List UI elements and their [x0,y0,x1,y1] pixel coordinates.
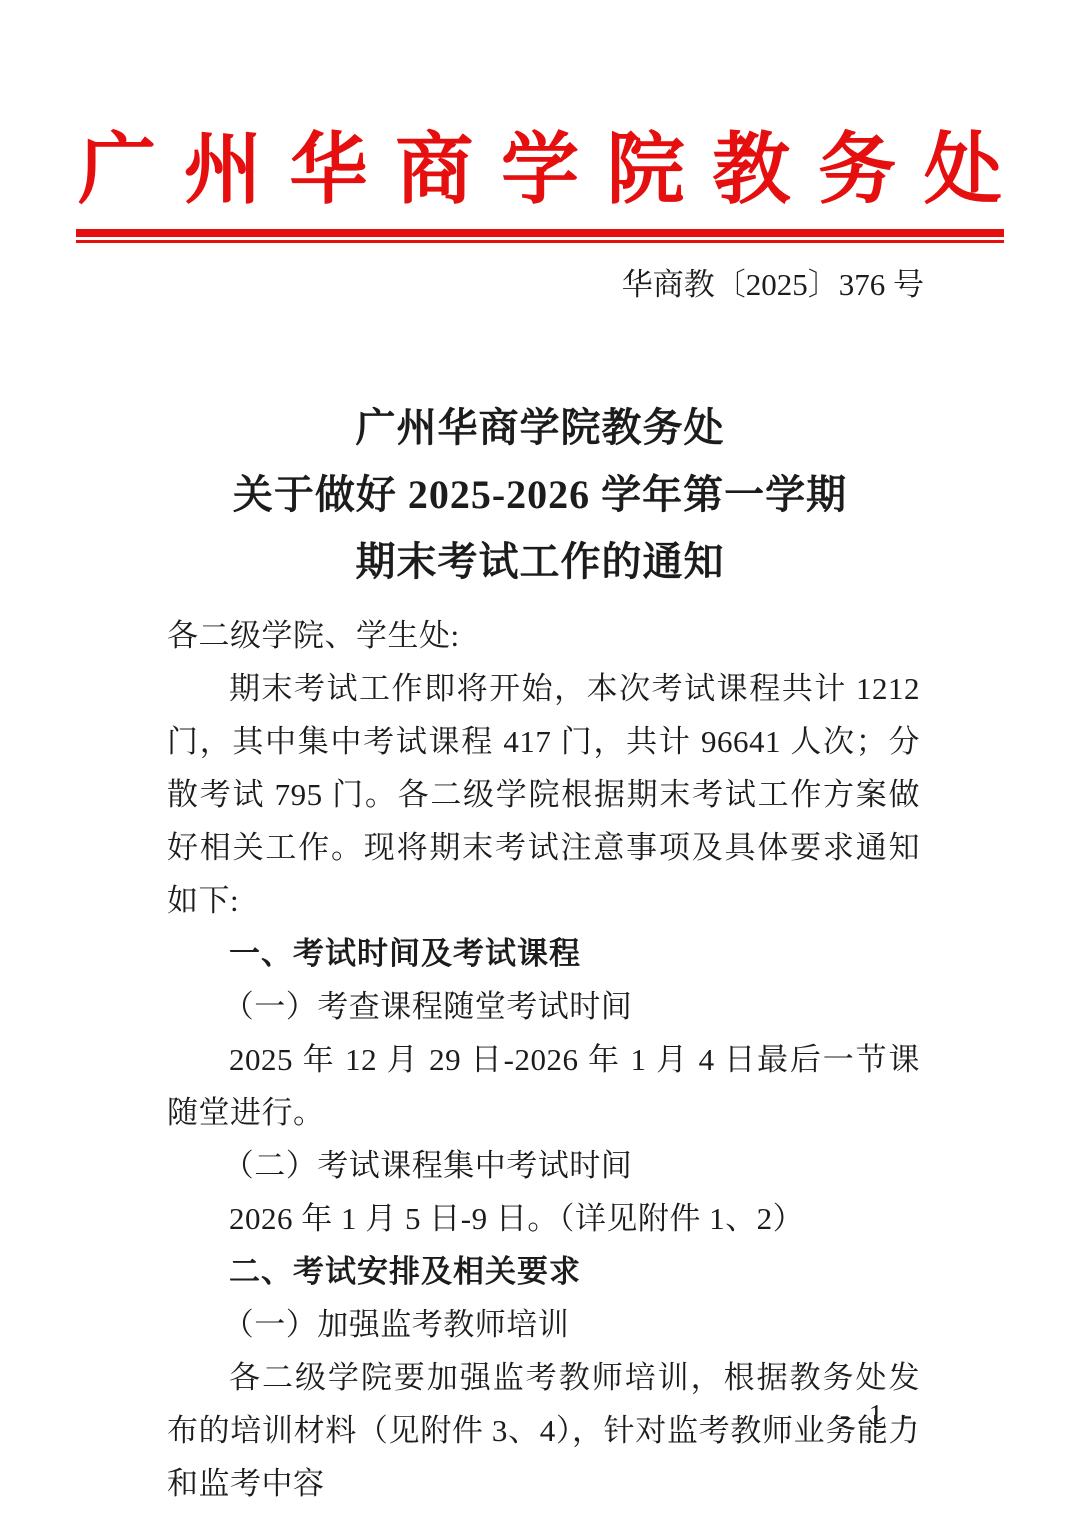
document-title: 广州华商学院教务处 关于做好 2025-2026 学年第一学期 期末考试工作的通… [0,394,1080,595]
title-line-3: 期末考试工作的通知 [0,528,1080,595]
title-line-1: 广州华商学院教务处 [0,394,1080,461]
letterhead-char: 州 [184,126,262,213]
letterhead-char: 华 [289,126,367,213]
body-paragraph: 2026 年 1 月 5 日-9 日。（详见附件 1、2） [167,1192,920,1245]
section-heading: 二、考试安排及相关要求 [167,1245,920,1298]
document-number: 华商教〔2025〕376 号 [0,265,924,305]
red-rule-thick [76,229,1004,237]
section-heading: 一、考试时间及考试课程 [167,927,920,980]
document-body: 各二级学院、学生处: 期末考试工作即将开始，本次考试课程共计 1212 门，其中… [167,609,920,1510]
section-heading: （一）考查课程随堂考试时间 [167,980,920,1033]
letterhead-char: 学 [501,126,579,213]
body-paragraph: 2025 年 12 月 29 日-2026 年 1 月 4 日最后一节课随堂进行… [167,1033,920,1139]
section-heading: （一）加强监考教师培训 [167,1298,920,1351]
letterhead-title: 广州华商学院教务处 [78,126,1002,213]
document-header: 广州华商学院教务处 华商教〔2025〕376 号 [0,126,1080,306]
page-footer: - 1 - [840,1399,918,1432]
letterhead-char: 处 [924,126,1002,213]
red-rule-thin [76,240,1004,243]
body-paragraph: 期末考试工作即将开始，本次考试课程共计 1212 门，其中集中考试课程 417 … [167,662,920,927]
letterhead-char: 教 [712,126,790,213]
section-heading: （二）考试课程集中考试时间 [167,1139,920,1192]
document-page: 广州华商学院教务处 华商教〔2025〕376 号 广州华商学院教务处 关于做好 … [0,0,1080,1527]
red-divider-line [76,229,1004,243]
letterhead-char: 商 [395,126,473,213]
page-number: - 1 - [840,1399,918,1431]
salutation: 各二级学院、学生处: [167,609,920,662]
letterhead-char: 务 [818,126,896,213]
body-blocks: 期末考试工作即将开始，本次考试课程共计 1212 门，其中集中考试课程 417 … [167,662,920,1510]
letterhead-char: 广 [78,126,156,213]
title-line-2: 关于做好 2025-2026 学年第一学期 [0,461,1080,528]
letterhead-char: 院 [607,126,685,213]
body-paragraph: 各二级学院要加强监考教师培训，根据教务处发布的培训材料（见附件 3、4），针对监… [167,1351,920,1510]
